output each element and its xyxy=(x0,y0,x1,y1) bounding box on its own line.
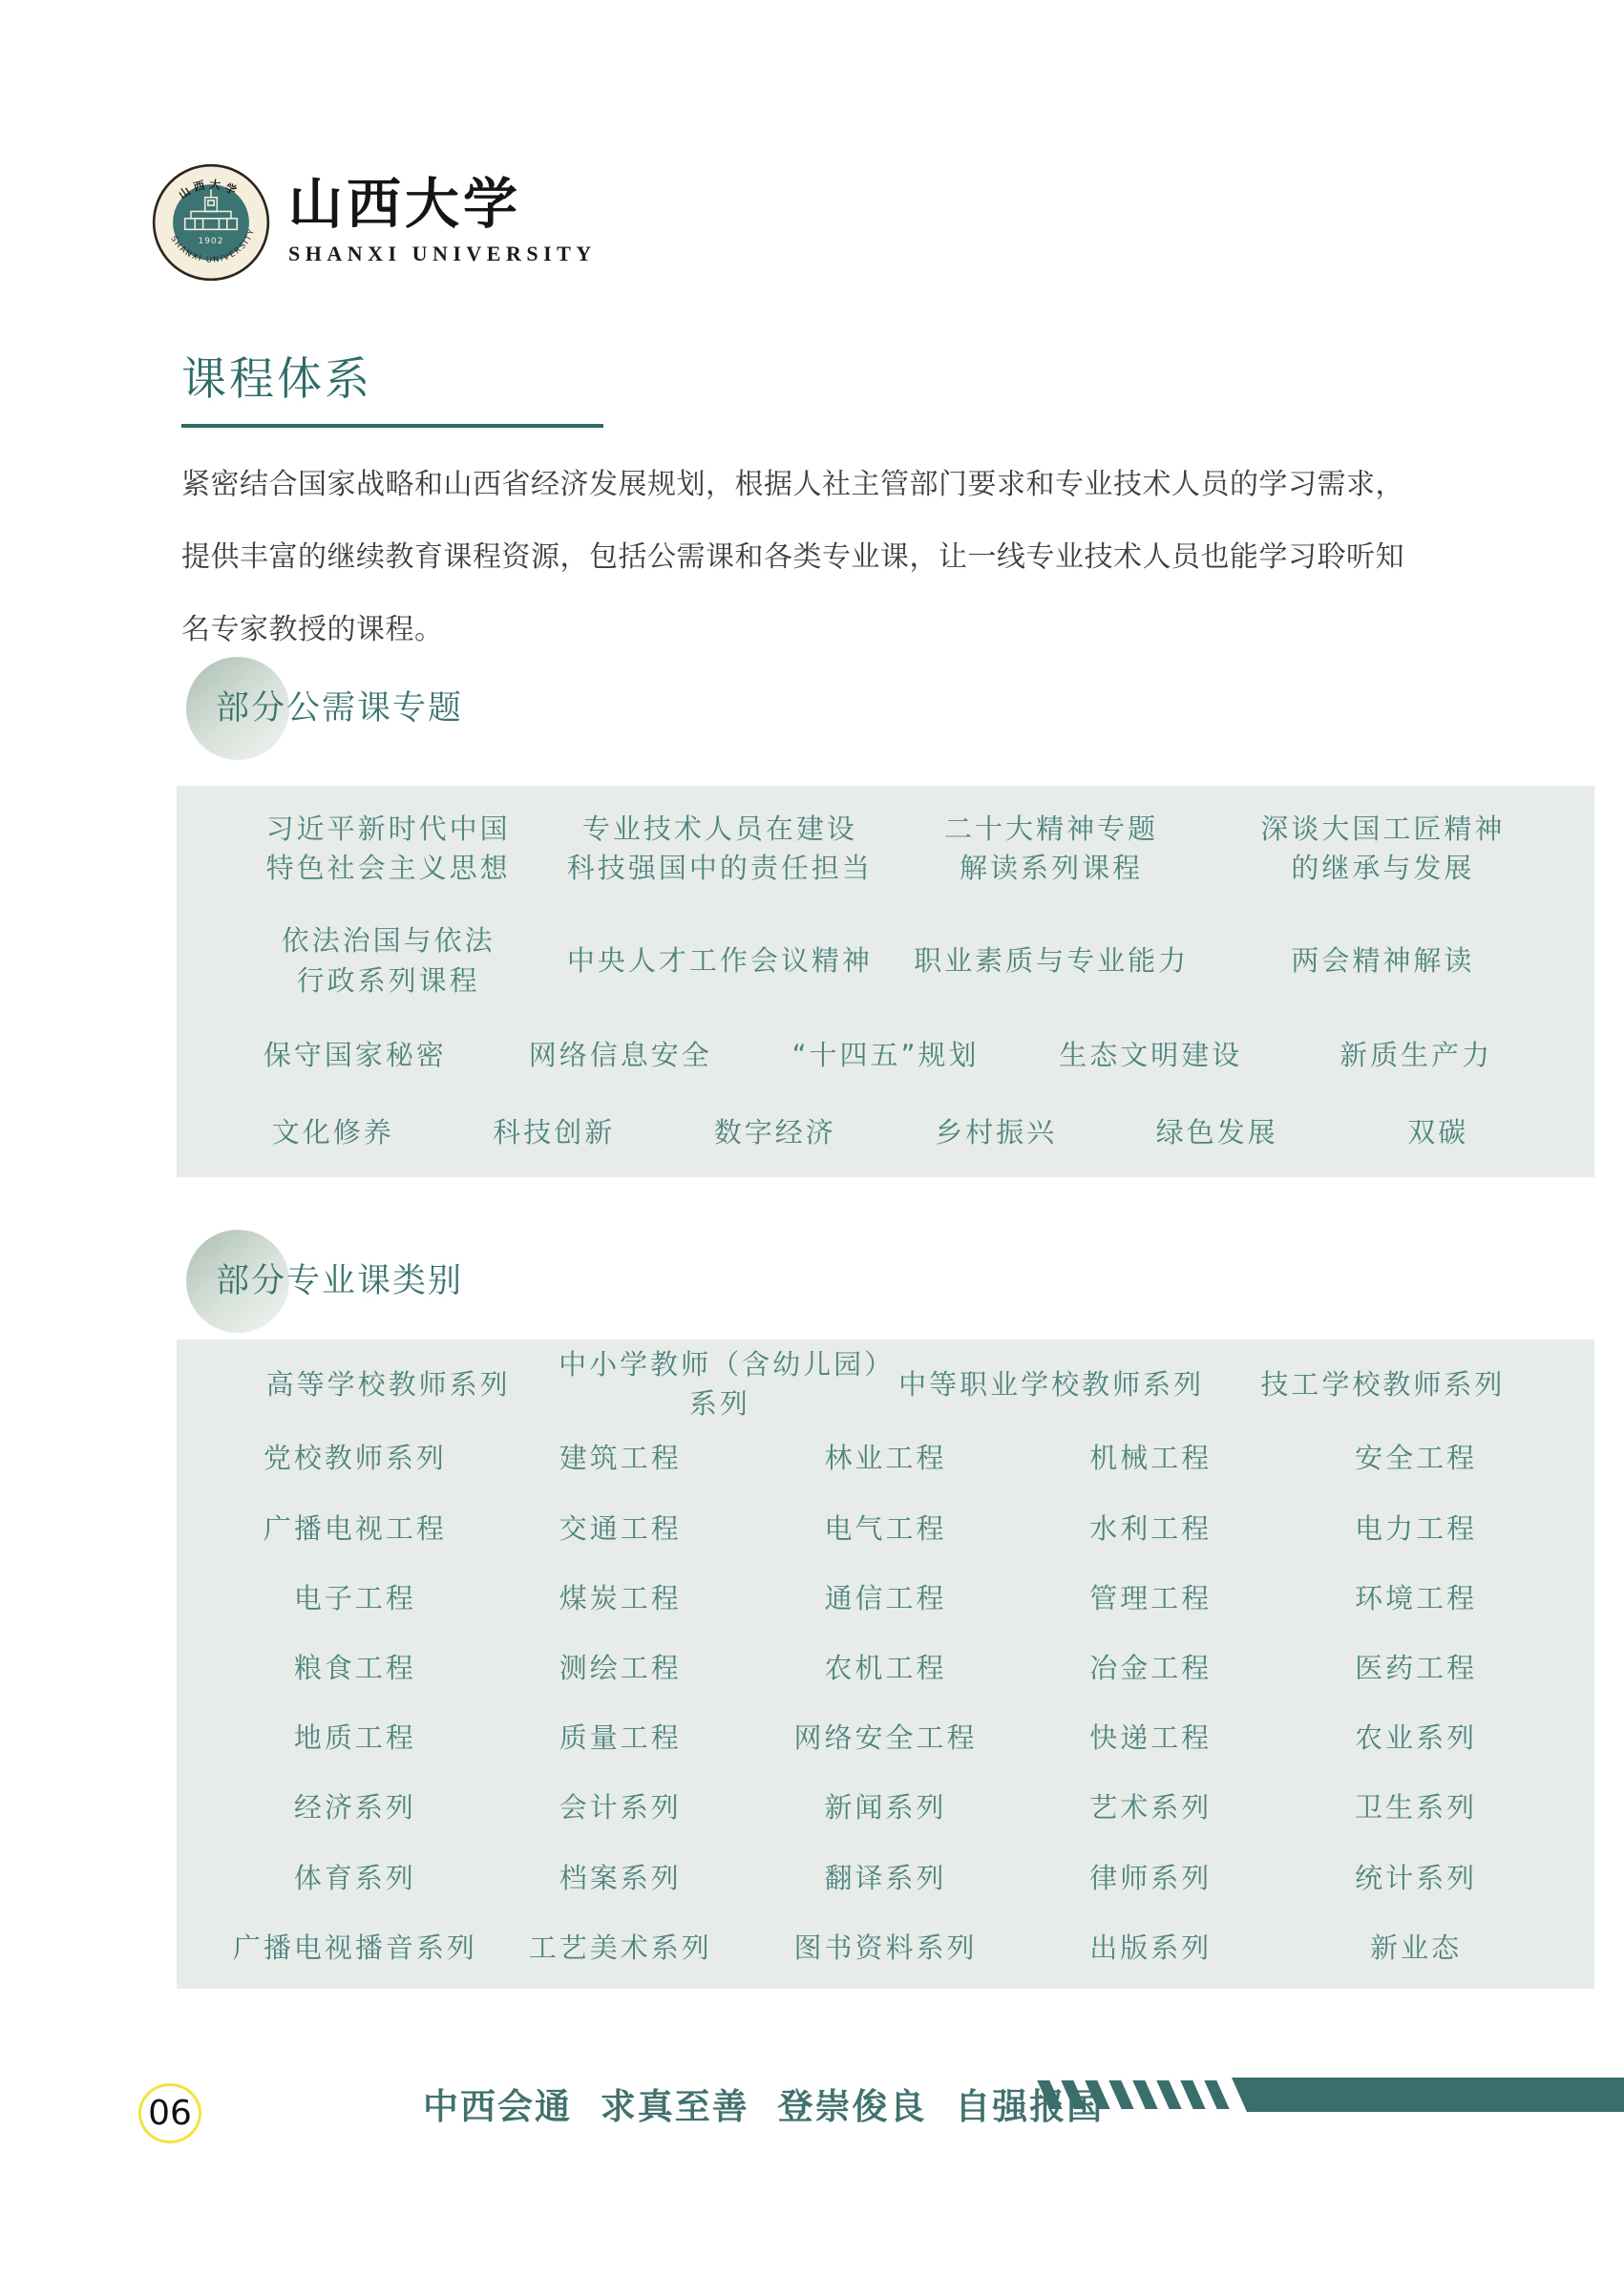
paragraph-line: 名专家教授的课程。 xyxy=(181,594,1461,666)
course-item: 测绘工程 xyxy=(559,1649,682,1688)
university-name-chinese: 山西大学 xyxy=(288,178,597,232)
course-item: 新业态 xyxy=(1370,1929,1462,1968)
course-row: 粮食工程测绘工程农机工程冶金工程医药工程 xyxy=(222,1634,1549,1703)
paragraph-line: 提供丰富的继续教育课程资源，包括公需课和各类专业课，让一线专业技术人员也能学习聆… xyxy=(181,521,1461,594)
course-item: 体育系列 xyxy=(294,1859,416,1898)
paragraph-line: 紧密结合国家战略和山西省经济发展规划，根据人社主管部门要求和专业技术人员的学习需… xyxy=(181,449,1461,521)
public-courses-heading: 部分公需课专题 xyxy=(216,682,463,729)
course-item: 粮食工程 xyxy=(294,1649,416,1688)
course-item: 绿色发展 xyxy=(1156,1113,1278,1152)
course-row: 党校教师系列建筑工程林业工程机械工程安全工程 xyxy=(222,1424,1549,1493)
course-item: 广播电视工程 xyxy=(264,1509,447,1549)
course-row: 广播电视工程交通工程电气工程水利工程电力工程 xyxy=(222,1494,1549,1564)
course-item: 艺术系列 xyxy=(1089,1788,1212,1827)
course-item: 翻译系列 xyxy=(824,1859,946,1898)
course-item: 出版系列 xyxy=(1089,1929,1212,1968)
footer-stripes xyxy=(1044,2080,1223,2109)
course-item: 中等职业学校教师系列 xyxy=(898,1365,1204,1404)
course-item: 农机工程 xyxy=(824,1649,946,1688)
course-item: 双碳 xyxy=(1407,1113,1468,1152)
course-item: 高等学校教师系列 xyxy=(266,1365,511,1404)
course-item: 建筑工程 xyxy=(559,1439,682,1478)
footer-bar xyxy=(1232,2078,1624,2112)
course-item: 中央人才工作会议精神 xyxy=(567,941,873,981)
course-item: 电气工程 xyxy=(824,1509,946,1549)
course-row: 电子工程煤炭工程通信工程管理工程环境工程 xyxy=(222,1564,1549,1634)
course-item: 地质工程 xyxy=(294,1719,416,1758)
course-row: 文化修养科技创新数字经济乡村振兴绿色发展双碳 xyxy=(222,1094,1549,1171)
course-item: 通信工程 xyxy=(824,1579,946,1618)
course-item: 电子工程 xyxy=(294,1579,416,1618)
diagonal-stripe xyxy=(1156,2080,1181,2109)
intro-paragraph: 紧密结合国家战略和山西省经济发展规划，根据人社主管部门要求和专业技术人员的学习需… xyxy=(181,449,1461,666)
course-item: 冶金工程 xyxy=(1089,1649,1212,1688)
page-number: 06 xyxy=(148,2094,192,2133)
university-seal-logo: 1902 SHANXI UNIVERSITY 山 西 大 学 xyxy=(151,162,271,283)
title-underline xyxy=(181,424,603,428)
course-item: 中小学教师（含幼儿园）系列 xyxy=(554,1345,885,1424)
course-item: 专业技术人员在建设 科技强国中的责任担当 xyxy=(567,810,873,888)
course-item: 管理工程 xyxy=(1089,1579,1212,1618)
course-row: 经济系列会计系列新闻系列艺术系列卫生系列 xyxy=(222,1773,1549,1843)
course-item: 网络安全工程 xyxy=(793,1719,977,1758)
course-item: 水利工程 xyxy=(1089,1509,1212,1549)
diagonal-stripe xyxy=(1085,2080,1109,2109)
course-item: 二十大精神专题 解读系列课程 xyxy=(944,810,1158,888)
page-title: 课程体系 xyxy=(181,344,372,408)
course-item: 文化修养 xyxy=(272,1113,394,1152)
course-item: 保守国家秘密 xyxy=(264,1036,447,1075)
course-item: 工艺美术系列 xyxy=(529,1929,712,1968)
course-row: 地质工程质量工程网络安全工程快递工程农业系列 xyxy=(222,1703,1549,1773)
course-item: 乡村振兴 xyxy=(935,1113,1057,1152)
course-item: 律师系列 xyxy=(1089,1859,1212,1898)
course-item: 煤炭工程 xyxy=(559,1579,682,1618)
course-item: 安全工程 xyxy=(1355,1439,1477,1478)
diagonal-stripe xyxy=(1061,2080,1086,2109)
course-item: 机械工程 xyxy=(1089,1439,1212,1478)
course-item: 电力工程 xyxy=(1355,1509,1477,1549)
course-item: 生态文明建设 xyxy=(1059,1036,1242,1075)
header-bar-dark xyxy=(1004,193,1624,236)
university-motto: 中西会通 求真至善 登崇俊良 自强报国 xyxy=(423,2078,1104,2129)
course-row: 广播电视播音系列工艺美术系列图书资料系列出版系列新业态 xyxy=(222,1913,1549,1983)
diagonal-stripe xyxy=(1132,2080,1157,2109)
course-item: “十四五”规划 xyxy=(791,1036,979,1075)
document-page: 1902 SHANXI UNIVERSITY 山 西 大 学 山西大学 SHAN… xyxy=(0,0,1624,2279)
university-wordmark: 山西大学 SHANXI UNIVERSITY xyxy=(288,178,597,266)
header-bar-light xyxy=(678,193,903,236)
course-item: 质量工程 xyxy=(559,1719,682,1758)
course-item: 党校教师系列 xyxy=(264,1439,447,1478)
course-item: 深谈大国工匠精神 的继承与发展 xyxy=(1260,810,1505,888)
course-item: 林业工程 xyxy=(824,1439,946,1478)
professional-courses-heading: 部分专业课类别 xyxy=(216,1255,463,1302)
course-item: 广播电视播音系列 xyxy=(233,1929,477,1968)
header-bar-medium xyxy=(915,193,991,236)
course-item: 技工学校教师系列 xyxy=(1260,1365,1505,1404)
course-item: 新闻系列 xyxy=(824,1788,946,1827)
course-item: 快递工程 xyxy=(1089,1719,1212,1758)
course-item: 习近平新时代中国 特色社会主义思想 xyxy=(266,810,511,888)
professional-courses-box: 高等学校教师系列中小学教师（含幼儿园）系列中等职业学校教师系列技工学校教师系列党… xyxy=(177,1340,1594,1989)
course-item: 医药工程 xyxy=(1355,1649,1477,1688)
page-number-badge: 06 xyxy=(138,2083,201,2143)
course-item: 网络信息安全 xyxy=(529,1036,712,1075)
course-row: 体育系列档案系列翻译系列律师系列统计系列 xyxy=(222,1844,1549,1913)
public-courses-box: 习近平新时代中国 特色社会主义思想专业技术人员在建设 科技强国中的责任担当二十大… xyxy=(177,786,1594,1177)
seal-year: 1902 xyxy=(199,237,224,246)
course-item: 农业系列 xyxy=(1355,1719,1477,1758)
course-item: 职业素质与专业能力 xyxy=(914,941,1189,981)
course-row: 依法治国与依法 行政系列课程中央人才工作会议精神职业素质与专业能力两会精神解读 xyxy=(222,906,1549,1017)
course-item: 数字经济 xyxy=(714,1113,836,1152)
course-item: 统计系列 xyxy=(1355,1859,1477,1898)
course-item: 卫生系列 xyxy=(1355,1788,1477,1827)
course-item: 科技创新 xyxy=(493,1113,615,1152)
diagonal-stripe xyxy=(1204,2080,1229,2109)
course-item: 交通工程 xyxy=(559,1509,682,1549)
university-name-english: SHANXI UNIVERSITY xyxy=(288,242,597,266)
course-item: 经济系列 xyxy=(294,1788,416,1827)
course-row: 高等学校教师系列中小学教师（含幼儿园）系列中等职业学校教师系列技工学校教师系列 xyxy=(222,1345,1549,1424)
course-item: 依法治国与依法 行政系列课程 xyxy=(282,921,496,1000)
course-row: 保守国家秘密网络信息安全“十四五”规划生态文明建设新质生产力 xyxy=(222,1017,1549,1093)
diagonal-stripe xyxy=(1108,2080,1133,2109)
course-item: 两会精神解读 xyxy=(1291,941,1474,981)
course-row: 习近平新时代中国 特色社会主义思想专业技术人员在建设 科技强国中的责任担当二十大… xyxy=(222,792,1549,905)
course-item: 图书资料系列 xyxy=(793,1929,977,1968)
course-item: 档案系列 xyxy=(559,1859,682,1898)
diagonal-stripe xyxy=(1180,2080,1205,2109)
course-item: 会计系列 xyxy=(559,1788,682,1827)
course-item: 环境工程 xyxy=(1355,1579,1477,1618)
course-item: 新质生产力 xyxy=(1339,1036,1492,1075)
